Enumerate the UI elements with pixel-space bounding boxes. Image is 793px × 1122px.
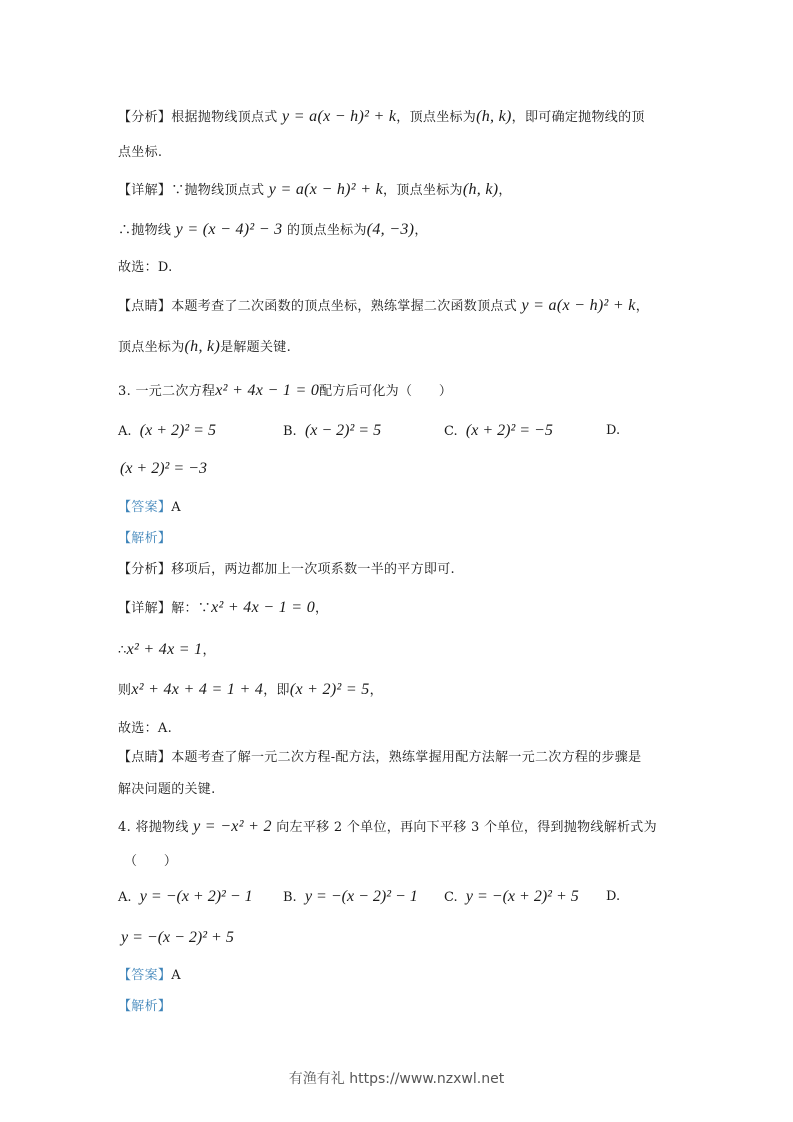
punct: ，	[498, 183, 511, 198]
comment-text: 本题考查了解一元二次方程-配方法，熟练掌握用配方法解一元二次方程的步骤是	[171, 750, 641, 765]
q4-option-d-formula: y = −(x − 2)² + 5	[121, 928, 234, 949]
q4-option-b: B. y = −(x − 2)² − 1	[283, 887, 418, 908]
equation: (x + 2)² = 5	[290, 681, 370, 698]
comment-tag: 【点睛】	[118, 299, 171, 314]
q3-comment-line2: 解决问题的关键.	[118, 780, 216, 800]
detail-text: ∴抛物线	[118, 223, 171, 238]
footer-watermark: 有渔有礼 https://www.nzxwl.net	[0, 1068, 793, 1088]
vertex-form-formula: y = a(x − h)² + k	[269, 181, 383, 198]
equation: x² + 4x = 1	[127, 641, 203, 658]
punct: ，	[202, 643, 215, 658]
detail-text-mid: ，顶点坐标为	[383, 183, 463, 198]
q3-parse: 【解析】	[118, 529, 171, 549]
q3-option-a: A. (x + 2)² = 5	[118, 421, 216, 442]
q3-option-d-formula: (x + 2)² = −3	[120, 459, 207, 480]
vertex-coords: (4, −3)	[367, 221, 415, 238]
detail-text-mid: ，即	[263, 683, 290, 698]
vertex-form-formula: y = a(x − h)² + k	[282, 108, 396, 125]
q2-comment-line1: 【点睛】本题考查了二次函数的顶点坐标，熟练掌握二次函数顶点式 y = a(x −…	[118, 296, 649, 317]
option-label: D.	[606, 889, 620, 904]
q3-choice: 故选：A.	[118, 719, 172, 739]
parse-tag: 【解析】	[118, 531, 171, 546]
option-label: A.	[118, 424, 132, 439]
option-formula: y = −(x − 2)² − 1	[305, 888, 418, 905]
option-label: B.	[283, 424, 297, 439]
equation: x² + 4x − 1 = 0	[211, 599, 315, 616]
option-label: A.	[118, 890, 132, 905]
punct: ，	[414, 223, 427, 238]
answer-tag: 【答案】	[118, 968, 171, 983]
q4-option-a: A. y = −(x + 2)² − 1	[118, 887, 253, 908]
answer-value: A	[171, 500, 181, 515]
q2-choice: 故选：D.	[118, 258, 173, 278]
option-formula: y = −(x + 2)² − 1	[140, 888, 253, 905]
option-formula: (x + 2)² = −3	[120, 460, 207, 477]
q4-parse: 【解析】	[118, 997, 171, 1017]
q2-comment-line2: 顶点坐标为(h, k)是解题关键.	[118, 337, 291, 358]
option-formula: (x + 2)² = −5	[466, 422, 553, 439]
punct: ，	[370, 683, 383, 698]
punct: ，	[315, 601, 328, 616]
q4-option-c: C. y = −(x + 2)² + 5	[444, 887, 579, 908]
q4-answer: 【答案】A	[118, 966, 181, 986]
answer-value: A	[171, 968, 181, 983]
analysis-text-mid: ，顶点坐标为	[396, 110, 476, 125]
q3-detail-line3: 则x² + 4x + 4 = 1 + 4，即(x + 2)² = 5，	[118, 680, 383, 701]
detail-tag: 【详解】	[118, 601, 171, 616]
answer-tag: 【答案】	[118, 500, 171, 515]
q2-detail-line2: ∴抛物线 y = (x − 4)² − 3 的顶点坐标为(4, −3)，	[118, 220, 428, 241]
q3-option-b: B. (x − 2)² = 5	[283, 421, 381, 442]
parabola-formula: y = (x − 4)² − 3	[176, 221, 283, 238]
option-formula: y = −(x + 2)² + 5	[466, 888, 579, 905]
detail-text: 则	[118, 683, 131, 698]
q3-detail-line1: 【详解】解：∵x² + 4x − 1 = 0，	[118, 598, 328, 619]
vertex-coords: (h, k)	[185, 338, 221, 355]
analysis-text: 根据抛物线顶点式	[171, 110, 277, 125]
question-number: 4.	[118, 820, 131, 835]
q2-analysis-line: 【分析】根据抛物线顶点式 y = a(x − h)² + k，顶点坐标为(h, …	[118, 107, 645, 128]
analysis-tag: 【分析】	[118, 110, 171, 125]
option-label: B.	[283, 890, 297, 905]
equation: x² + 4x + 4 = 1 + 4	[131, 681, 263, 698]
option-formula: (x − 2)² = 5	[305, 422, 381, 439]
stem-equation: x² + 4x − 1 = 0	[215, 382, 319, 399]
q3-detail-line2: ∴x² + 4x = 1，	[118, 640, 216, 661]
q4-answer-paren: （ ）	[124, 852, 177, 872]
option-label: C.	[444, 424, 458, 439]
detail-text: 解：∵	[171, 601, 211, 616]
option-formula: y = −(x − 2)² + 5	[121, 929, 234, 946]
option-label: C.	[444, 890, 458, 905]
detail-text-mid: 的顶点坐标为	[287, 223, 367, 238]
comment-text: 本题考查了二次函数的顶点坐标，熟练掌握二次函数顶点式	[171, 299, 517, 314]
detail-tag: 【详解】	[118, 183, 171, 198]
q3-analysis: 【分析】移项后，两边都加上一次项系数一半的平方即可.	[118, 560, 455, 580]
stem-text-after: 配方后可化为（ ）	[319, 384, 452, 399]
stem-text-after: 向左平移 2 个单位，再向下平移 3 个单位，得到抛物线解析式为	[276, 820, 657, 835]
vertex-coords: (h, k)	[476, 108, 512, 125]
analysis-tag: 【分析】	[118, 562, 171, 577]
vertex-coords: (h, k)	[463, 181, 499, 198]
stem-formula: y = −x² + 2	[193, 818, 272, 835]
detail-text: ∵抛物线顶点式	[171, 183, 264, 198]
analysis-text-after: ，即可确定抛物线的顶	[512, 110, 645, 125]
document-page: 【分析】根据抛物线顶点式 y = a(x − h)² + k，顶点坐标为(h, …	[0, 0, 793, 1122]
parse-tag: 【解析】	[118, 999, 171, 1014]
punct: ，	[636, 299, 649, 314]
vertex-form-formula: y = a(x − h)² + k	[521, 297, 635, 314]
analysis-text: 移项后，两边都加上一次项系数一半的平方即可.	[171, 562, 455, 577]
q3-comment-line1: 【点睛】本题考查了解一元二次方程-配方法，熟练掌握用配方法解一元二次方程的步骤是	[118, 748, 641, 768]
option-formula: (x + 2)² = 5	[140, 422, 216, 439]
therefore-symbol: ∴	[118, 643, 127, 658]
q4-option-d: D.	[606, 887, 620, 907]
q2-detail-line1: 【详解】∵抛物线顶点式 y = a(x − h)² + k，顶点坐标为(h, k…	[118, 180, 512, 201]
question-number: 3.	[118, 384, 131, 399]
q3-option-c: C. (x + 2)² = −5	[444, 421, 553, 442]
option-label: D.	[606, 423, 620, 438]
q3-answer: 【答案】A	[118, 498, 181, 518]
stem-text: 将抛物线	[135, 820, 188, 835]
comment-tag: 【点睛】	[118, 750, 171, 765]
comment-text-end: 是解题关键.	[220, 340, 291, 355]
q3-option-d: D.	[606, 421, 620, 441]
stem-text: 一元二次方程	[135, 384, 215, 399]
comment-text: 顶点坐标为	[118, 340, 185, 355]
q4-stem: 4. 将抛物线 y = −x² + 2 向左平移 2 个单位，再向下平移 3 个…	[118, 817, 657, 838]
q3-stem: 3. 一元二次方程x² + 4x − 1 = 0配方后可化为（ ）	[118, 381, 452, 402]
q2-analysis-continuation: 点坐标.	[118, 143, 162, 163]
